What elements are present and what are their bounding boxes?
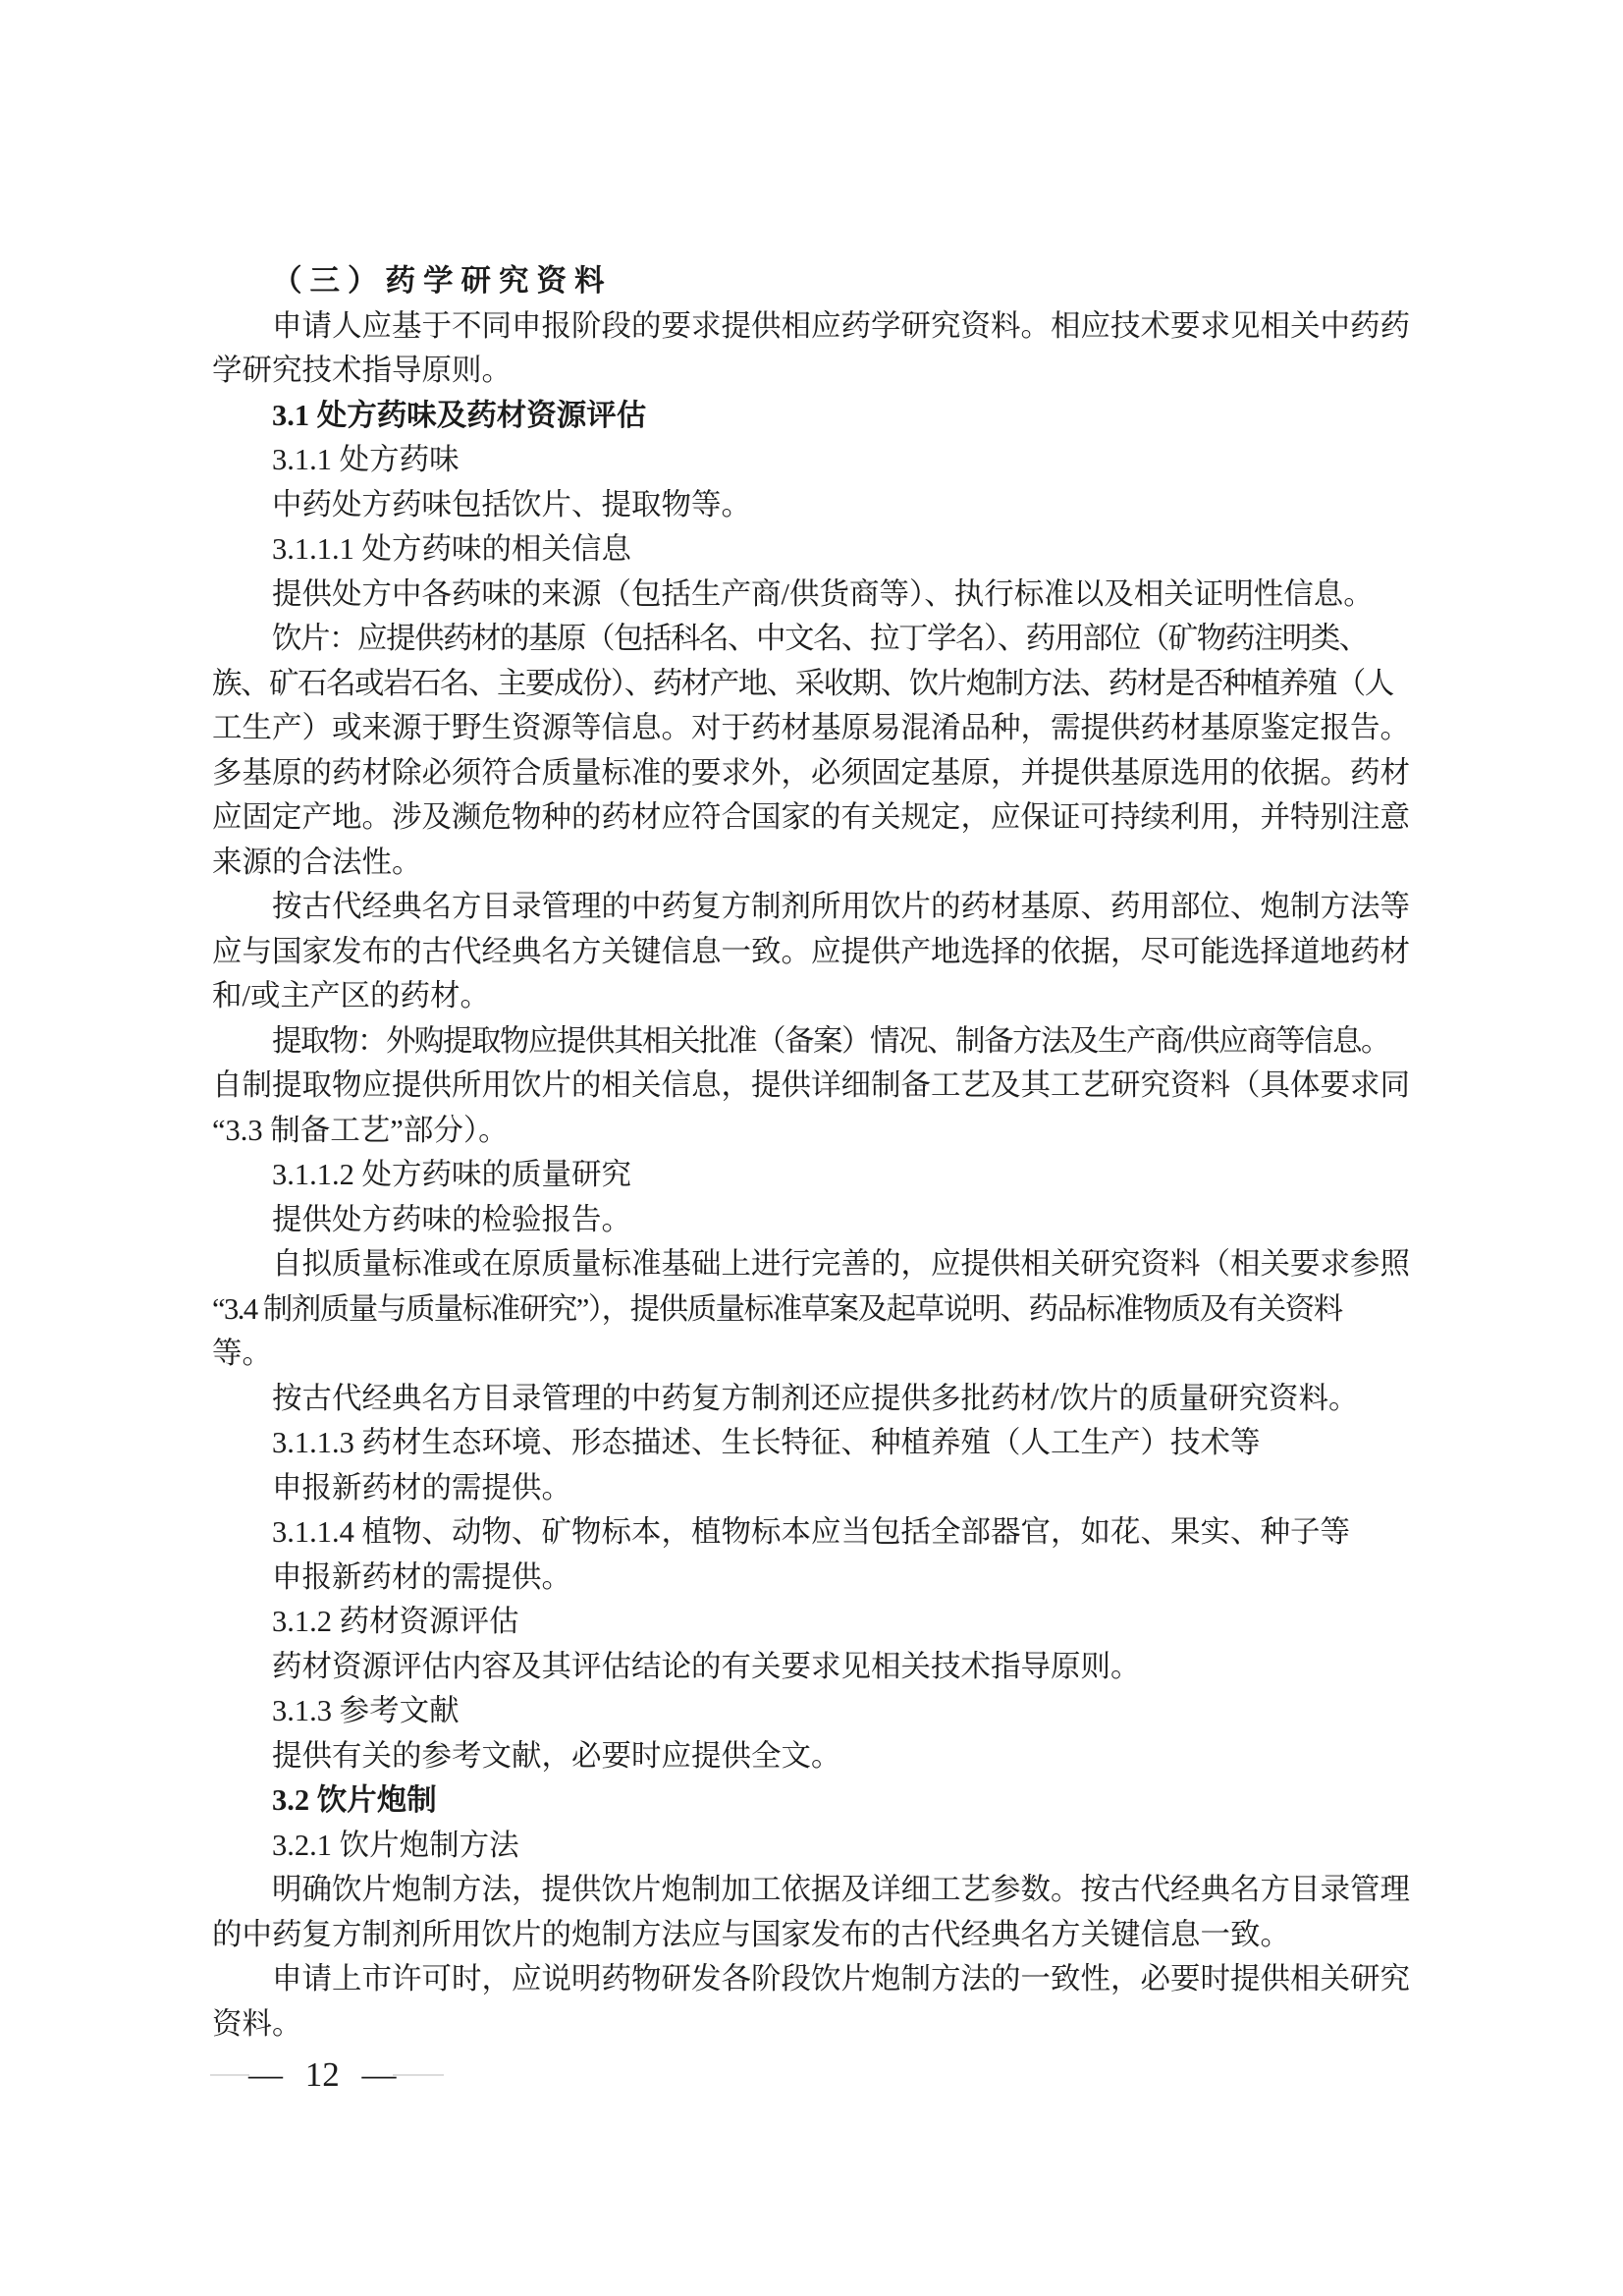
heading-3-1-3: 3.1.3 参考文献 [212,1689,1414,1734]
body-line: 药材资源评估内容及其评估结论的有关要求见相关技术指导原则。 [212,1645,1414,1690]
body-line: 明确饮片炮制方法，提供饮片炮制加工依据及详细工艺参数。按古代经典名方目录管理 [212,1868,1414,1913]
body-line: 自拟质量标准或在原质量标准基础上进行完善的，应提供相关研究资料（相关要求参照 [212,1242,1414,1287]
body-line: 申报新药材的需提供。 [212,1556,1414,1601]
body-line: 提供有关的参考文献，必要时应提供全文。 [212,1734,1414,1779]
body-line: 申请上市许可时，应说明药物研发各阶段饮片炮制方法的一致性，必要时提供相关研究 [212,1957,1414,2002]
body-line: “3.3 制备工艺”部分）。 [212,1109,1414,1154]
heading-3-1-1: 3.1.1 处方药味 [212,438,1414,483]
scan-artifact-line [210,2074,249,2076]
scan-artifact-line [393,2074,444,2076]
body-line: 申请人应基于不同申报阶段的要求提供相应药学研究资料。相应技术要求见相关中药药 [212,304,1414,350]
page-number: — 12 — [248,2055,397,2094]
body-line: 等。 [212,1332,1414,1377]
body-line: 提供处方药味的检验报告。 [212,1198,1414,1243]
body-line: 饮片：应提供药材的基原（包括科名、中文名、拉丁学名）、药用部位（矿物药注明类、 [212,617,1414,662]
heading-3-1-1-4: 3.1.1.4 植物、动物、矿物标本，植物标本应当包括全部器官，如花、果实、种子… [212,1510,1414,1556]
body-line: 自制提取物应提供所用饮片的相关信息，提供详细制备工艺及其工艺研究资料（具体要求同 [212,1064,1414,1109]
body-line: 提取物：外购提取物应提供其相关批准（备案）情况、制备方法及生产商/供应商等信息。 [212,1019,1414,1065]
heading-3-1-1-3: 3.1.1.3 药材生态环境、形态描述、生长特征、种植养殖（人工生产）技术等 [212,1421,1414,1466]
body-line: 中药处方药味包括饮片、提取物等。 [212,483,1414,528]
body-line: 和/或主产区的药材。 [212,974,1414,1019]
document-body: （三）药学研究资料申请人应基于不同申报阶段的要求提供相应药学研究资料。相应技术要… [212,259,1414,2047]
body-line: 按古代经典名方目录管理的中药复方制剂还应提供多批药材/饮片的质量研究资料。 [212,1377,1414,1422]
body-line: 应固定产地。涉及濒危物种的药材应符合国家的有关规定，应保证可持续利用，并特别注意 [212,795,1414,841]
section-heading: （三）药学研究资料 [212,259,1414,304]
body-line: 学研究技术指导原则。 [212,349,1414,394]
body-line: 族、矿石名或岩石名、主要成份）、药材产地、采收期、饮片炮制方法、药材是否种植养殖… [212,662,1414,707]
heading-3-1-2: 3.1.2 药材资源评估 [212,1600,1414,1645]
page-footer: — 12 — [248,2052,397,2097]
heading-3-2: 3.2 饮片炮制 [212,1778,1414,1824]
body-line: 提供处方中各药味的来源（包括生产商/供货商等）、执行标准以及相关证明性信息。 [212,573,1414,618]
heading-3-2-1: 3.2.1 饮片炮制方法 [212,1824,1414,1869]
heading-3-1-1-1: 3.1.1.1 处方药味的相关信息 [212,527,1414,573]
document-page: （三）药学研究资料申请人应基于不同申报阶段的要求提供相应药学研究资料。相应技术要… [0,0,1623,2296]
body-line: 按古代经典名方目录管理的中药复方制剂所用饮片的药材基原、药用部位、炮制方法等 [212,885,1414,930]
body-line: 申报新药材的需提供。 [212,1466,1414,1511]
body-line: 的中药复方制剂所用饮片的炮制方法应与国家发布的古代经典名方关键信息一致。 [212,1913,1414,1958]
heading-3-1-1-2: 3.1.1.2 处方药味的质量研究 [212,1153,1414,1198]
body-line: 应与国家发布的古代经典名方关键信息一致。应提供产地选择的依据，尽可能选择道地药材 [212,930,1414,975]
body-line: 工生产）或来源于野生资源等信息。对于药材基原易混淆品种，需提供药材基原鉴定报告。 [212,706,1414,751]
body-line: “3.4 制剂质量与质量标准研究”），提供质量标准草案及起草说明、药品标准物质及… [212,1287,1414,1333]
body-line: 来源的合法性。 [212,841,1414,886]
body-line: 多基原的药材除必须符合质量标准的要求外，必须固定基原，并提供基原选用的依据。药材 [212,751,1414,796]
heading-3-1: 3.1 处方药味及药材资源评估 [212,394,1414,439]
body-line: 资料。 [212,2002,1414,2048]
